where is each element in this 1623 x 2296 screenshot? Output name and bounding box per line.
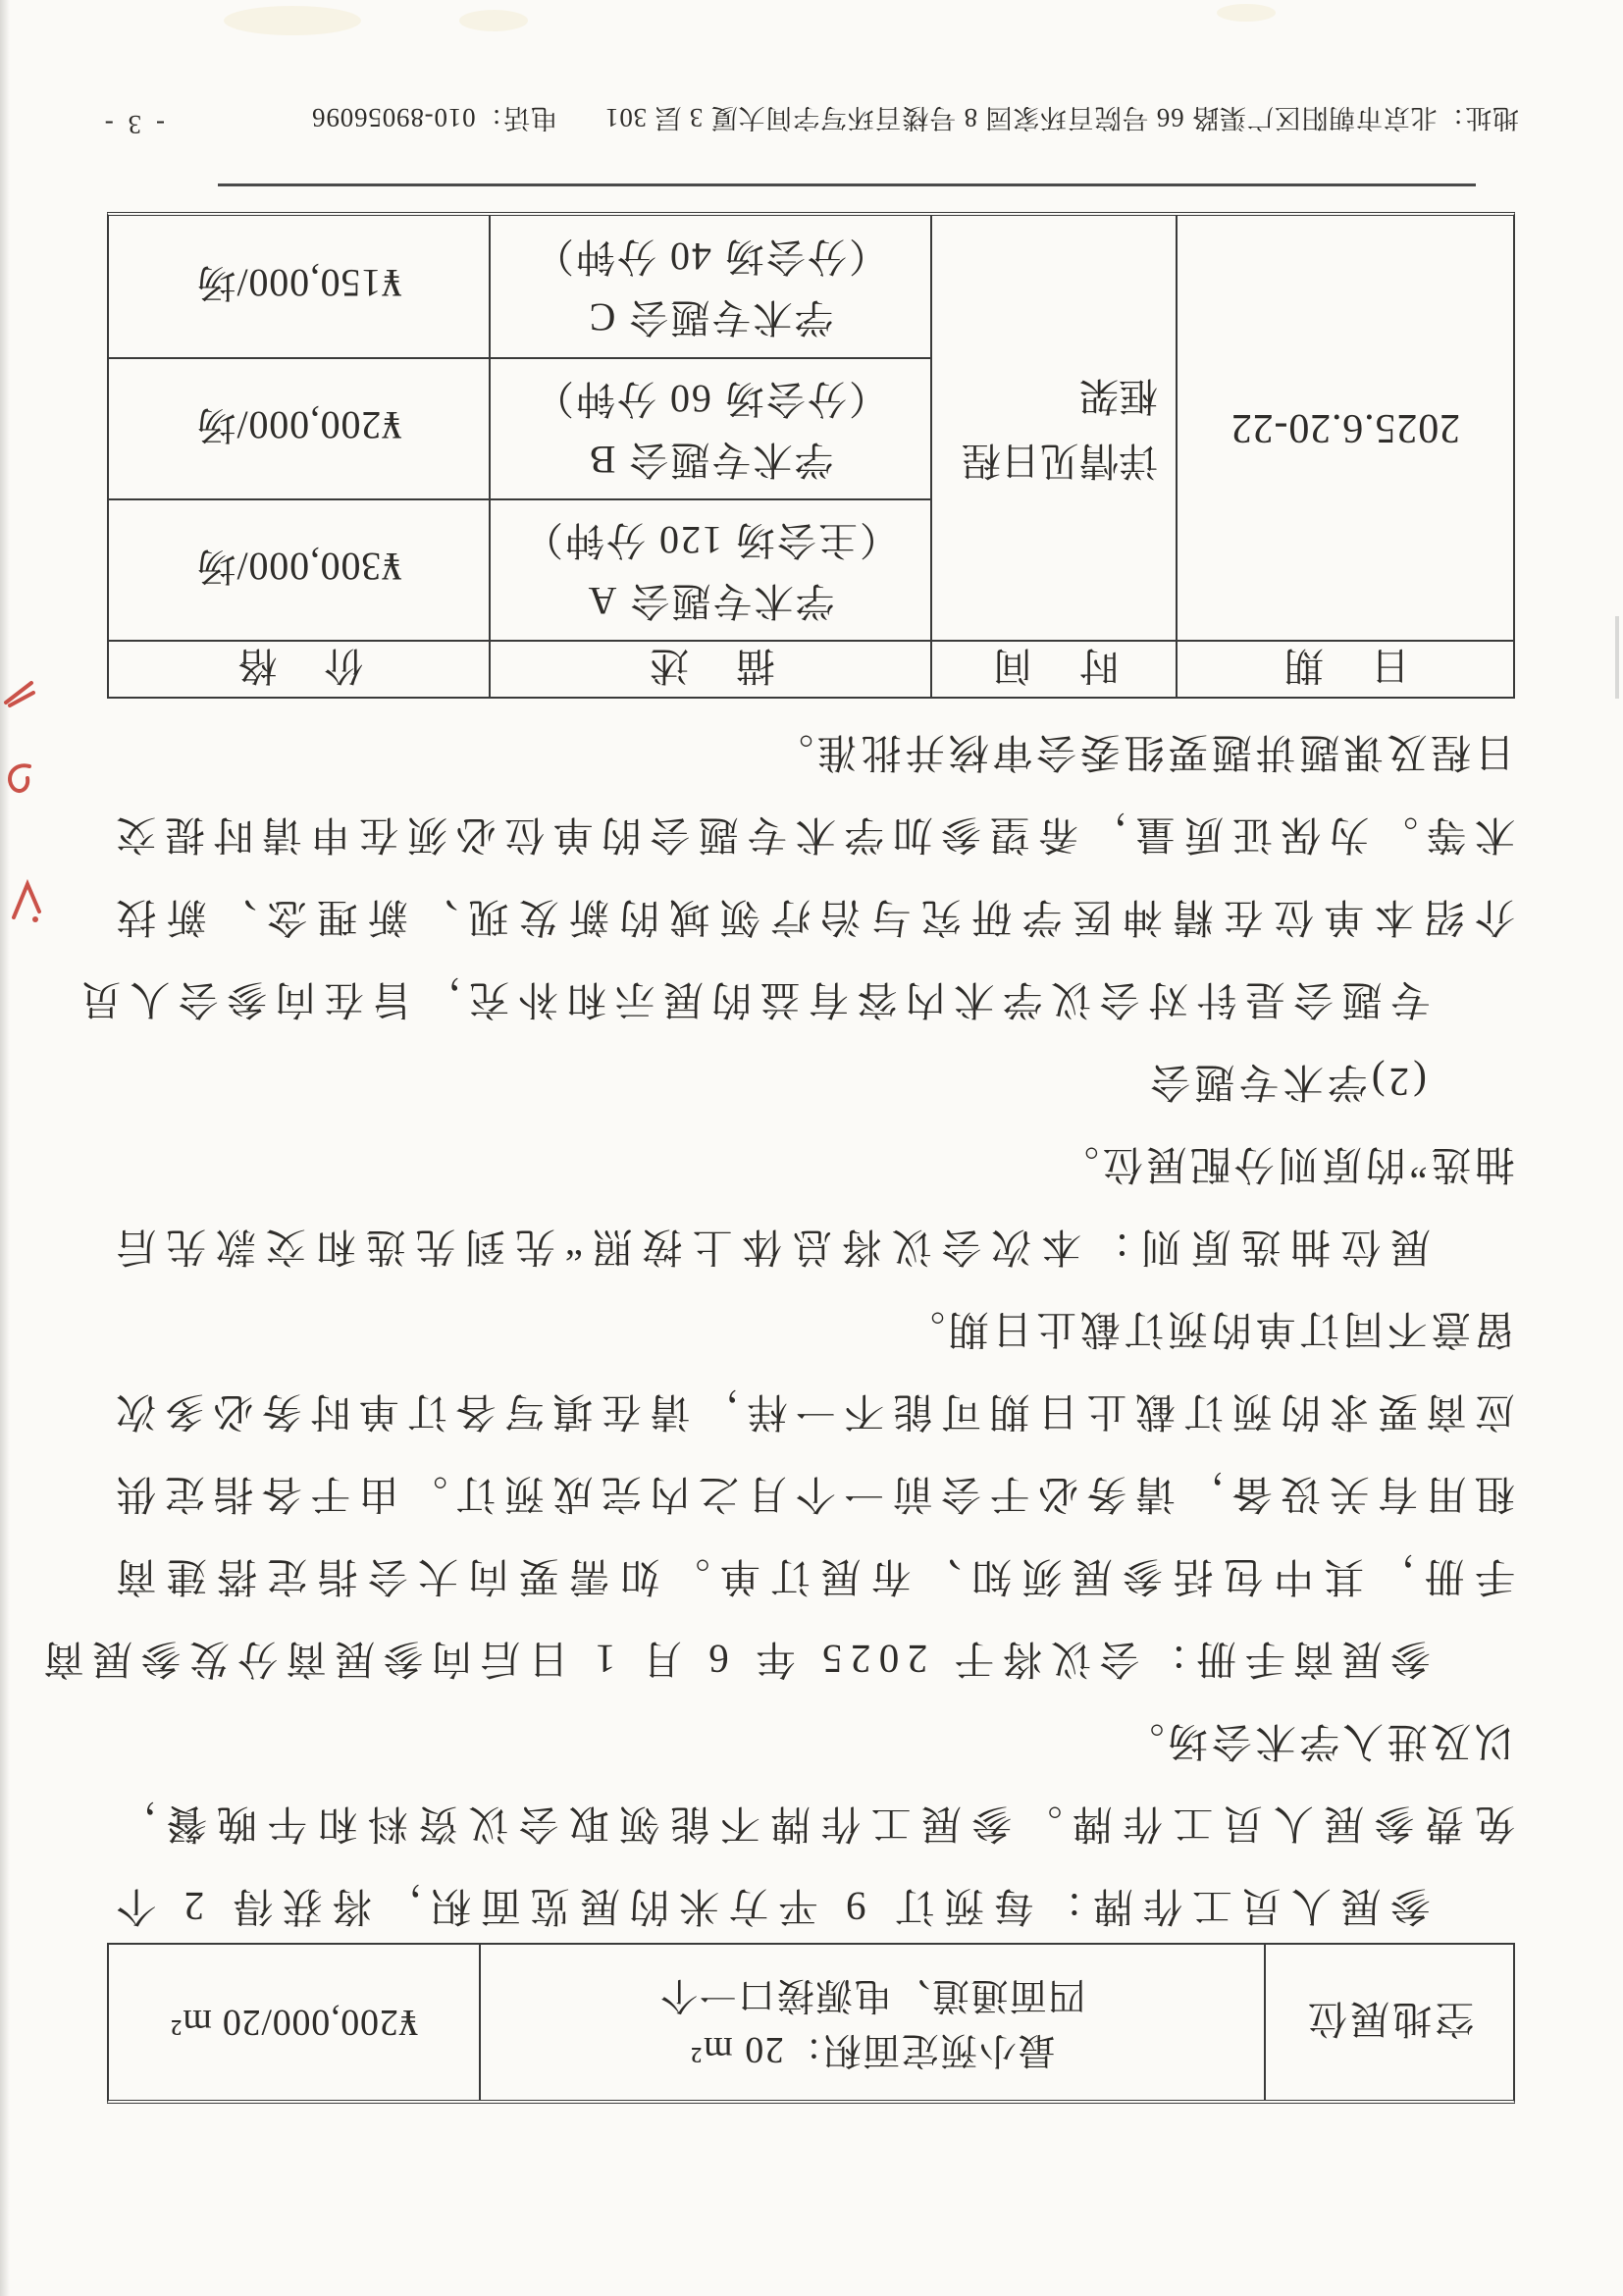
date-cell: 2025.6.20-22 (1176, 216, 1513, 640)
col-header-date: 日 期 (1176, 640, 1513, 697)
page-sheet: 空地展位 最小预定面积：20 m² 四面通道、电源接口一个 ¥200,000/2… (0, 0, 1623, 2296)
booth-spec-cell: 最小预定面积：20 m² 四面通道、电源接口一个 (479, 1945, 1264, 2100)
paragraph-line: 手册，其中包括参展须知、布展订单。如需要向大会指定搭建商 (108, 1536, 1515, 1618)
booth-spec-line2: 四面通道、电源接口一个 (659, 1967, 1086, 2022)
paragraph-line: 参展商手册：会议将于 2025 年 6 月 1 日后向参展商分发参展商 (108, 1618, 1515, 1700)
footer-address: 地址：北京市朝阳区广渠路 66 号院百环家园 8 号楼百环写字间大厦 3 层 3… (604, 101, 1519, 139)
booth-price: ¥200,000/20 m² (170, 2001, 417, 2044)
session-desc-cell: 学术专题会 B （分会场 60 分钟） (489, 357, 930, 498)
time-note-line1: 详情见日程 (962, 428, 1158, 493)
booth-name-cell: 空地展位 (1264, 1945, 1513, 2100)
pricing-table: 日 期 时 间 描 述 价 格 2025.6.20-22 详情见日程 框架 学术… (107, 212, 1515, 699)
time-note-cell: 详情见日程 框架 (930, 216, 1176, 640)
paragraph-line: 租用有关设备，请务必于会前一个月之内完成预订。由于各指定供 (108, 1453, 1515, 1536)
session-desc-cell: 学术专题会 A （主会场 120 分钟） (489, 498, 930, 640)
paragraph-line: 术等。为保证质量，希望参加学术专题会的单位必须在申请时提交 (108, 794, 1515, 876)
paragraph-line: 应商要求的预订截止日期可能不一样，请在填写各订单时务必多次 (108, 1371, 1515, 1453)
session-detail: （分会场 60 分钟） (533, 368, 888, 429)
section-heading: (2)学术专题会 (108, 1041, 1515, 1123)
col-header-desc: 描 述 (489, 640, 930, 697)
paragraph-line: 抽选”的原则分配展位。 (108, 1123, 1515, 1206)
session-name: 学术专题会 A (587, 570, 835, 631)
paragraph-line: 参展人员工作牌：每预订 9 平方米的展览面积，将获得 2 个 (108, 1865, 1515, 1948)
body-text: 参展人员工作牌：每预订 9 平方米的展览面积，将获得 2 个 免费参展人员工作牌… (108, 711, 1515, 1948)
session-detail: （分会场 40 分钟） (533, 226, 888, 287)
session-name: 学术专题会 C (588, 287, 834, 347)
col-header-price: 价 格 (109, 640, 489, 697)
session-price-cell: ¥150,000/场 (109, 216, 489, 357)
paragraph-line: 专题会是针对会议学术内容有益的展示和补充，旨在向参会人员 (108, 959, 1515, 1041)
session-desc-cell: 学术专题会 C （分会场 40 分钟） (489, 216, 930, 357)
time-note-line2: 框架 (1079, 363, 1158, 428)
booth-price-cell: ¥200,000/20 m² (109, 1945, 479, 2100)
booth-table: 空地展位 最小预定面积：20 m² 四面通道、电源接口一个 ¥200,000/2… (107, 1943, 1515, 2104)
session-price-cell: ¥200,000/场 (109, 357, 489, 498)
paragraph-line: 免费参展人员工作牌。参展工作牌不能领取会议资料和午晚餐， (108, 1783, 1515, 1865)
paragraph-line: 日程及课题讲题要组委会审核并批准。 (108, 711, 1515, 794)
paragraph-line: 介绍本单位在精神医学研究与治疗领域的新发现、新理念、新技 (108, 876, 1515, 959)
booth-name: 空地展位 (1305, 1995, 1475, 2051)
page-number: - 3 - (101, 109, 165, 139)
col-header-time: 时 间 (930, 640, 1176, 697)
paragraph-line: 展位抽选原则：本次会议将总体上按照“先到先选和交款先后 (108, 1206, 1515, 1288)
paragraph-line: 以及进入学术会场。 (108, 1700, 1515, 1783)
session-name: 学术专题会 B (588, 429, 834, 490)
booth-spec-line1: 最小预定面积：20 m² (690, 2022, 1056, 2077)
session-detail: （主会场 120 分钟） (522, 509, 899, 570)
paragraph-line: 留意不同订单的预订截止日期。 (108, 1288, 1515, 1371)
footer-phone: 电话：010-89056096 (311, 101, 557, 139)
scanned-document: 空地展位 最小预定面积：20 m² 四面通道、电源接口一个 ¥200,000/2… (0, 0, 1623, 2296)
session-price-cell: ¥300,000/场 (109, 498, 489, 640)
footer: 地址：北京市朝阳区广渠路 66 号院百环家园 8 号楼百环写字间大厦 3 层 3… (0, 90, 1623, 139)
footer-rule (218, 183, 1476, 186)
